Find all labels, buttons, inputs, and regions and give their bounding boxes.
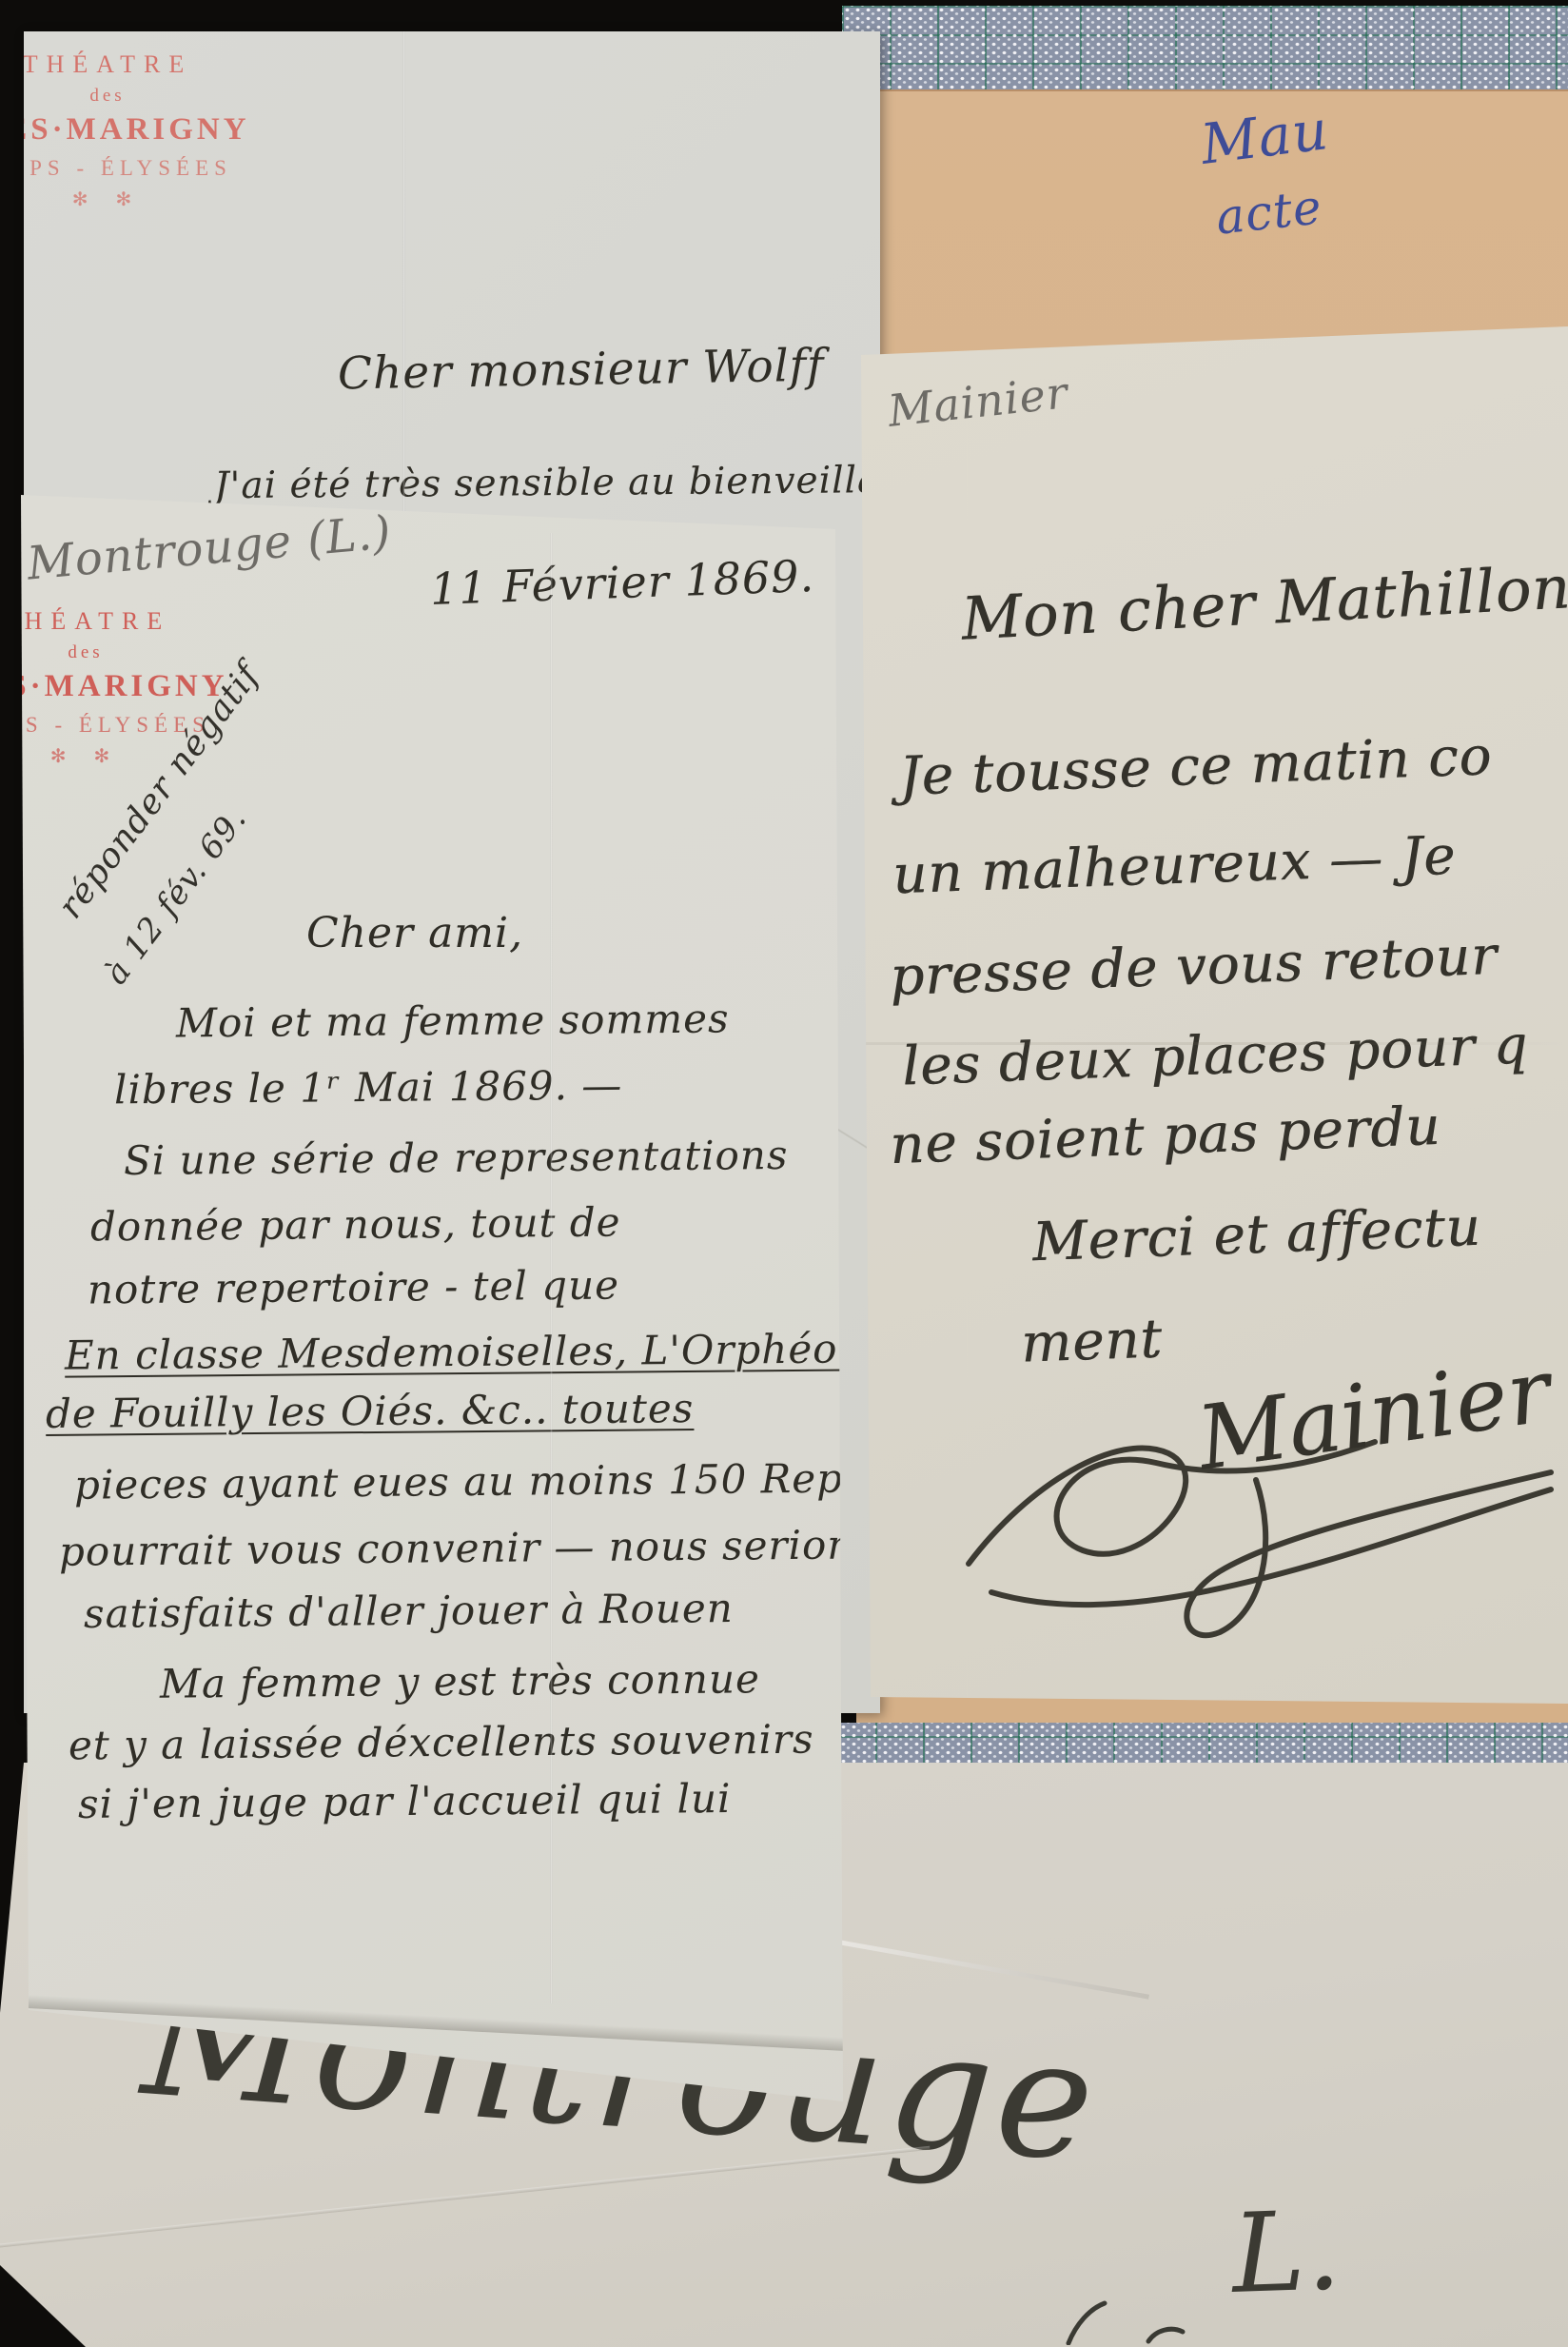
wolff-salutation: Cher monsieur Wolff [338,340,825,401]
album-photo: Mau acte THÉATRE des LIES·MARIGNY AMPS -… [0,0,1568,2347]
mainier-body-line: Je tousse ce matin co [898,725,1493,808]
montrouge-body-line: et y a laissée déxcellents souvenirs [69,1716,814,1769]
montrouge-body-line: donnée par nous, tout de [90,1199,621,1251]
wolff-letterhead-theatre: THÉATRE [24,52,250,77]
montrouge-letterhead-theatre: THÉATRE [0,609,228,634]
montrouge-salutation: Cher ami, [306,909,523,957]
wolff-letterhead-des: des [24,87,250,105]
montrouge-body-line: En classe Mesdemoiselles, L'Orphéon [65,1325,865,1378]
mainier-body-line: ne soient pas perdu [889,1095,1441,1176]
montrouge-body-line: notre repertoire - tel que [88,1262,619,1313]
montrouge-body-line: satisfaits d'aller jouer à Rouen [84,1585,734,1637]
montrouge-body-line: si j'en juge par l'accueil qui lui [78,1775,732,1827]
bottom-sheet-fold-highlight [839,1940,1149,1999]
montrouge-body-line: Ma femme y est très connue [160,1655,760,1707]
wolff-letterhead-champs-elysees: AMPS - ÉLYSÉES [24,157,250,179]
album-fabric-top [842,6,1568,93]
montrouge-body-line: Si une série de representations [124,1132,789,1184]
wolff-letterhead-ornament-icon: ✻ ✻ [24,190,250,209]
mainier-salutation: Mon cher Mathillon [960,552,1568,653]
mainier-pencil-note: Mainier [886,366,1070,437]
montrouge-letterhead-folies-marigny: LIES·MARIGNY [0,671,228,702]
montrouge-body-line: Moi et ma femme sommes [176,995,730,1046]
montrouge-body-line: pourrait vous convenir — nous serions [59,1521,875,1574]
mainier-body-line: un malheureux — Je [892,825,1457,907]
kraft-note-line1: Mau [1197,97,1332,177]
mainier-body-line: presse de vous retour [889,925,1499,1008]
kraft-note-line2: acte [1213,179,1324,245]
montrouge-date: 11 Février 1869. [429,550,815,615]
montrouge-body-line: libres le 1ʳ Mai 1869. — [114,1062,623,1114]
mainier-signature: Mainier [942,1347,1568,1670]
album-fabric-mid [828,1723,1568,1766]
montrouge-body-line: de Fouilly les Oiés. &c.. toutes [46,1385,695,1437]
wolff-fold-crease [402,31,405,526]
montrouge-body-line: pieces ayant eues au moins 150 Repts [74,1454,882,1508]
mainier-body-line: Merci et affectu [1031,1196,1482,1273]
wolff-letterhead: THÉATRE des LIES·MARIGNY AMPS - ÉLYSÉES … [24,52,250,209]
wolff-body-line: J'ai été très sensible au bienveillant [214,459,880,507]
montrouge-letterhead-des: des [0,643,228,661]
cutoff-pen-strokes-icon [1061,2298,1251,2345]
montrouge-pencil-note: Montrouge (L.) [25,505,393,590]
mainier-body-line: les deux places pour q [901,1015,1529,1098]
wolff-letterhead-folies-marigny: LIES·MARIGNY [24,114,250,146]
letter-mainier: Mainier Mon cher Mathillon Je tousse ce … [861,319,1568,1704]
